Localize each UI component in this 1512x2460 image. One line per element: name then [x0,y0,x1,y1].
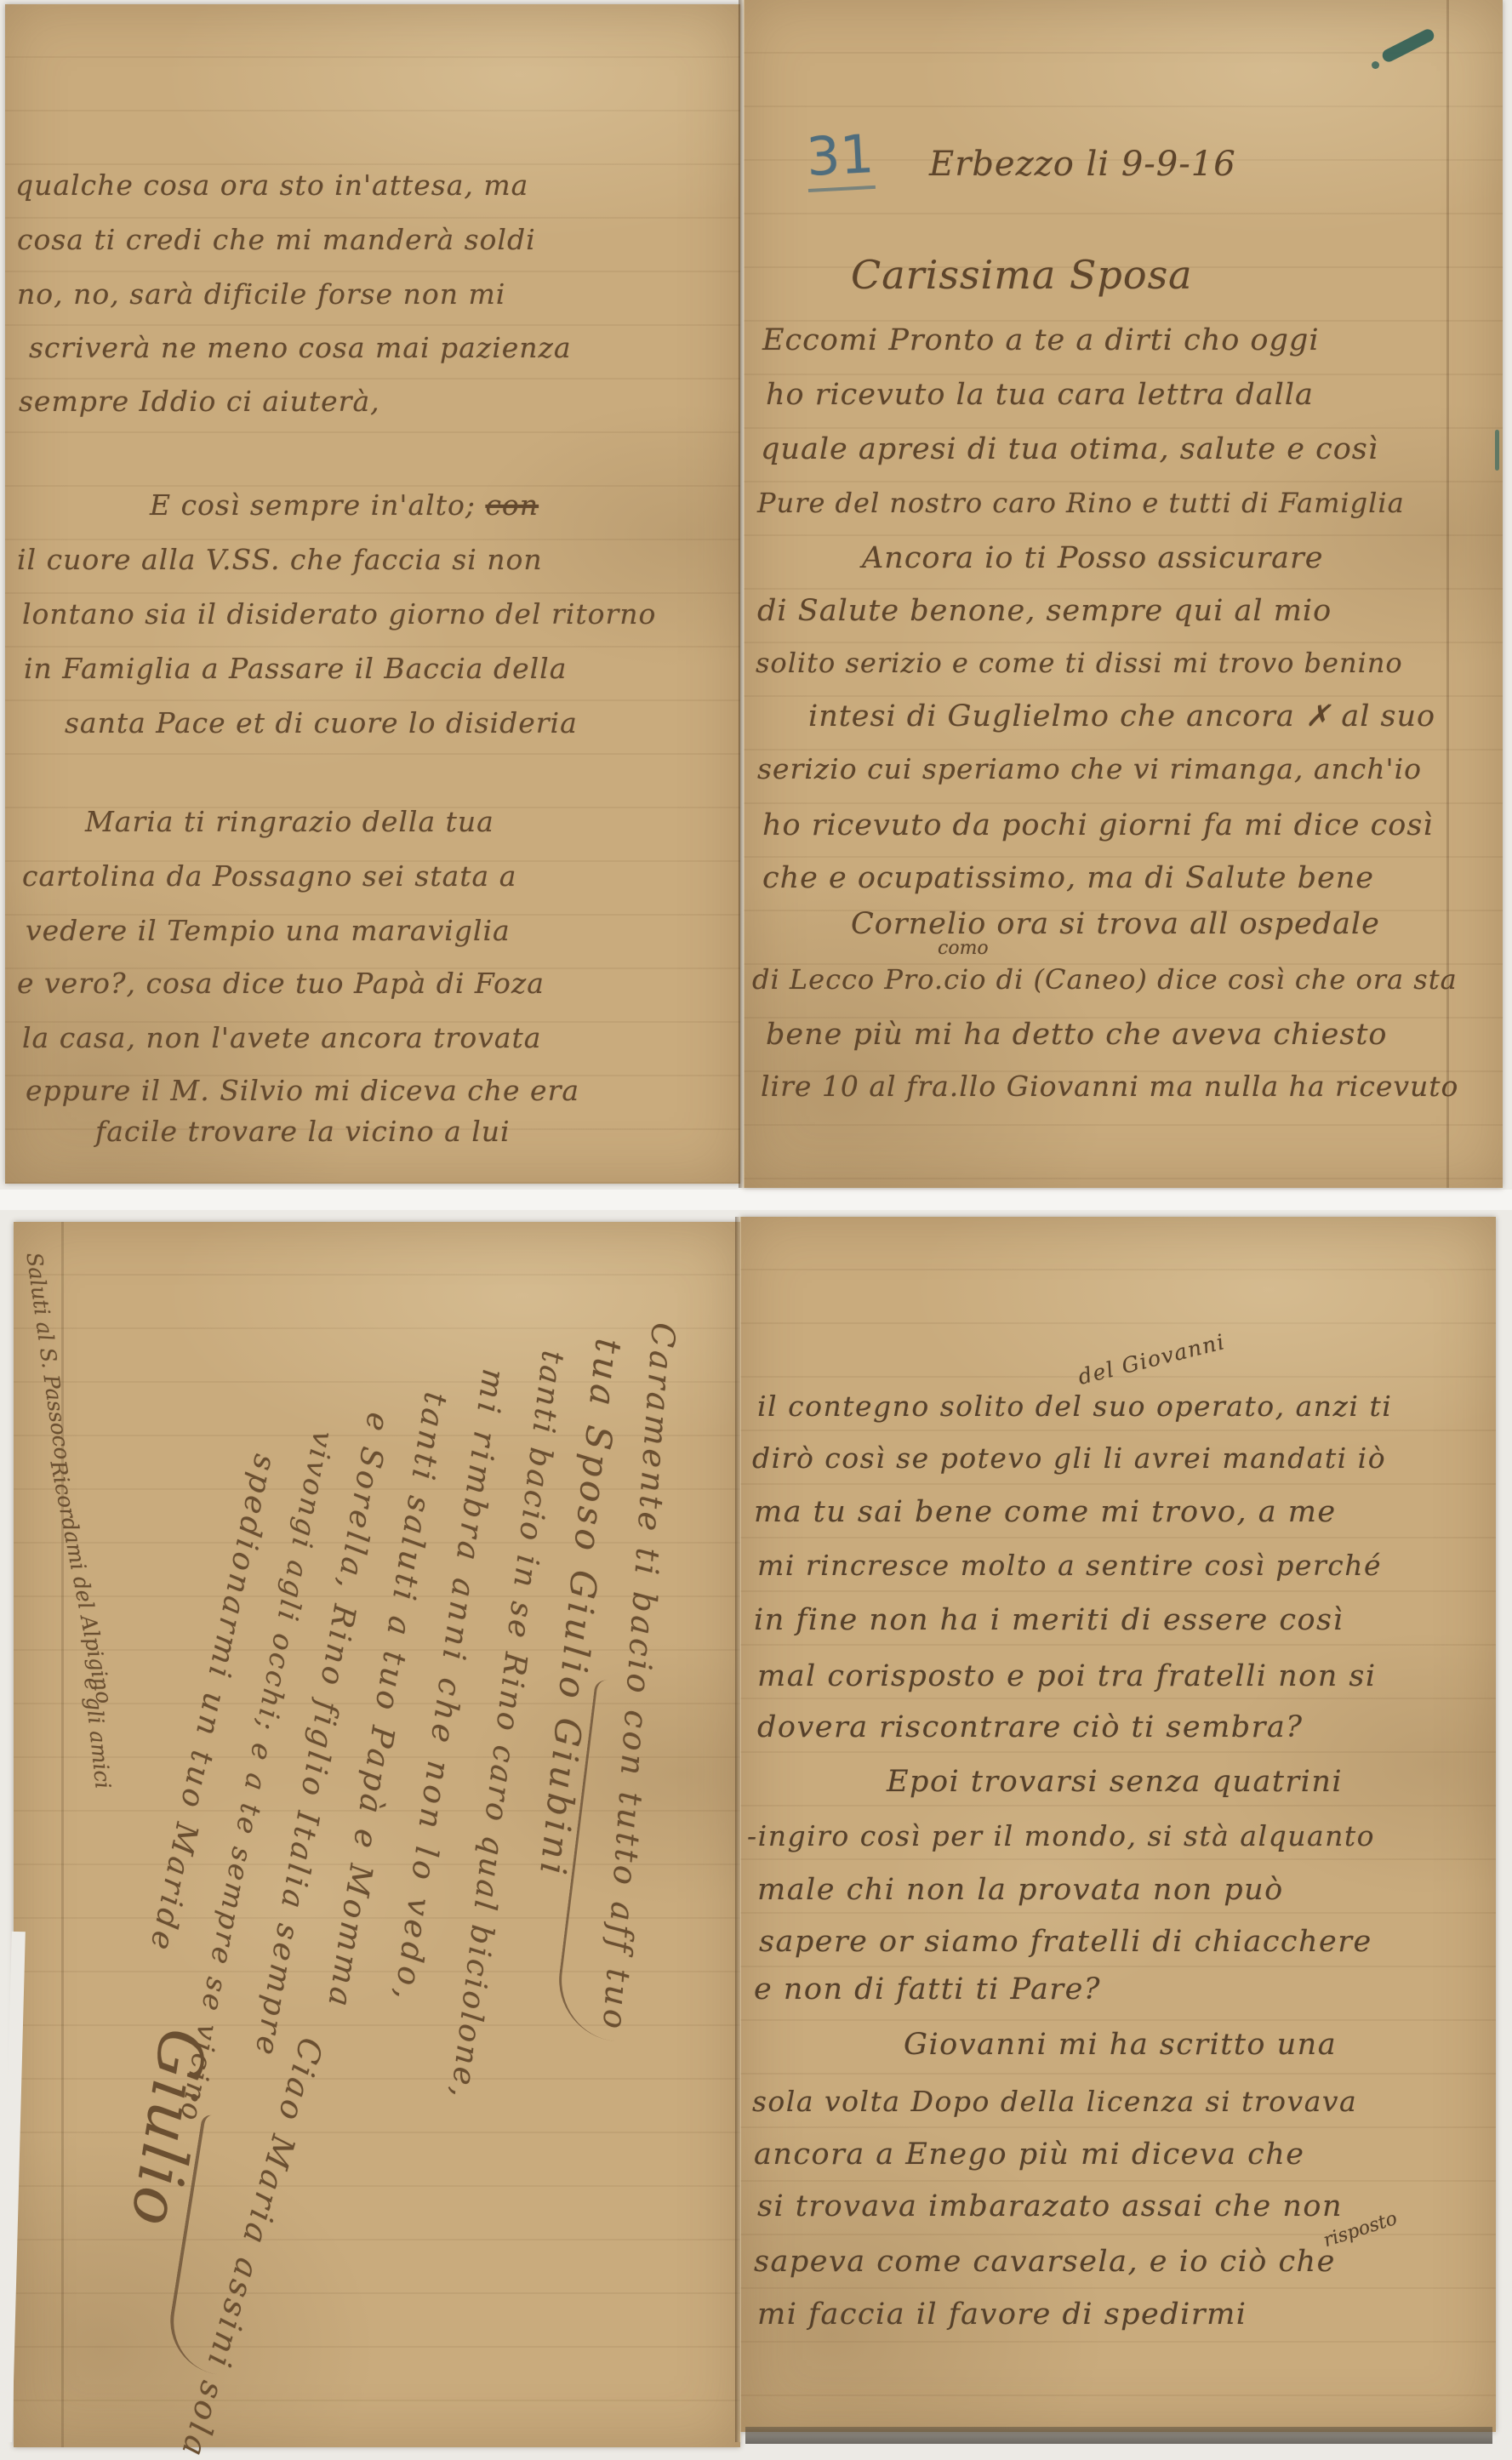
handwriting-line: si trovava imbarazato assai che non [757,2189,1343,2223]
handwriting-line: sapeva come cavarsela, e io ciò che [754,2245,1336,2279]
handwriting-line: -ingiro così per il mondo, si stà alquan… [747,1819,1375,1852]
handwriting-line: vedere il Tempio una maraviglia [26,914,511,947]
handwriting-line: dirò così se potevo gli li avrei mandati… [752,1441,1386,1475]
handwriting-line: no, no, sarà dificile forse non mi [17,277,505,311]
handwriting-line: sempre Iddio ci aiuterà, [19,385,380,418]
handwriting-line: ho ricevuto da pochi giorni fa mi dice c… [762,808,1433,842]
handwriting-line: Maria ti ringrazio della tua [85,805,494,838]
struck-word: con [485,488,539,522]
handwriting-line: Pure del nostro caro Rino e tutti di Fam… [757,487,1405,519]
handwriting-line: cosa ti credi che mi manderà soldi [17,223,536,256]
handwriting-line: lire 10 al fra.llo Giovanni ma nulla ha … [761,1070,1458,1103]
handwriting-line: in Famiglia a Passare il Baccia della [24,652,567,685]
handwriting-line: quale apresi di tua otima, salute e così [761,432,1378,466]
handwriting-line: bene più mi ha detto che aveva chiesto [766,1018,1388,1052]
handwriting-line: Giovanni mi ha scritto una [904,2028,1337,2062]
handwriting-line: serizio cui speriamo che vi rimanga, anc… [757,752,1422,785]
dateline: Erbezzo li 9-9-16 [929,145,1236,184]
handwriting-line: male chi non la provata non può [757,1873,1284,1907]
handwriting-line: facile trovare la vicino a lui [95,1115,511,1148]
handwriting-line: sapere or siamo fratelli di chiacchere [759,1925,1372,1959]
page-number-pencil: 31 [805,123,876,192]
handwriting-line: Ancora io ti Posso assicurare [862,541,1323,575]
handwriting-line: qualche cosa ora sto in'attesa, ma [15,168,528,202]
handwriting-line: ho ricevuto la tua cara lettra dalla [766,378,1314,412]
salutation: Carissima Sposa [851,252,1193,298]
handwriting-line: Eccomi Pronto a te a dirti cho oggi [762,323,1320,357]
handwriting-line: lontano sia il disiderato giorno del rit… [22,597,656,631]
handwriting-line: scriverà ne meno cosa mai pazienza [29,331,572,364]
interline-correction: como [938,938,989,959]
letter-scan: { "scan": { "paper_color": "#c9ab7d", "i… [0,0,1512,2460]
handwriting-line: e vero?, cosa dice tuo Papà di Foza [17,967,545,1000]
handwriting-line: dovera riscontrare ciò ti sembra? [757,1710,1304,1744]
handwriting-line: eppure il M. Silvio mi diceva che era [26,1074,579,1107]
handwriting-line: santa Pace et di cuore lo disideria [65,706,578,739]
handwriting-line: di Lecco Pro.cio di (Caneo) dice così ch… [752,963,1458,996]
teal-edge-mark [1495,430,1499,471]
handwriting-line: ancora a Enego più mi diceva che [754,2138,1305,2172]
handwriting-line: il cuore alla V.SS. che faccia si non [17,543,543,576]
handwriting-line: mal corisposto e poi tra fratelli non si [757,1659,1377,1693]
handwriting-line: che e ocupatissimo, ma di Salute bene [762,861,1374,895]
handwriting-line: ma tu sai bene come mi trovo, a me [754,1495,1337,1529]
handwriting-line: di Salute benone, sempre qui al mio [757,594,1332,628]
handwriting-line: Epoi trovarsi senza quatrini [887,1765,1343,1799]
handwriting-line: in fine non ha i meriti di essere così [754,1603,1344,1637]
handwriting-line: mi faccia il favore di spedirmi [757,2297,1247,2332]
handwriting-line: solito serizio e come ti dissi mi trovo … [756,647,1403,679]
handwriting-line: la casa, non l'avete ancora trovata [22,1021,541,1054]
handwriting-line: intesi di Guglielmo che ancora ✗ al suo [808,699,1435,733]
handwriting-line: mi rincresce molto a sentire così perché [757,1549,1382,1582]
handwriting-line: E così sempre in'alto; con [150,488,539,522]
handwriting-line: il contegno solito del suo operato, anzi… [757,1390,1392,1423]
handwriting-line: Cornelio ora si trova all ospedale [851,907,1380,941]
teal-ink-dot [1372,61,1379,69]
handwriting-line: e non di fatti ti Pare? [754,1972,1101,2006]
line-text: E così sempre in'alto; [150,488,476,522]
handwriting-line: cartolina da Possagno sei stata a [22,859,516,893]
handwriting-line: sola volta Dopo della licenza si trovava [752,2085,1357,2118]
